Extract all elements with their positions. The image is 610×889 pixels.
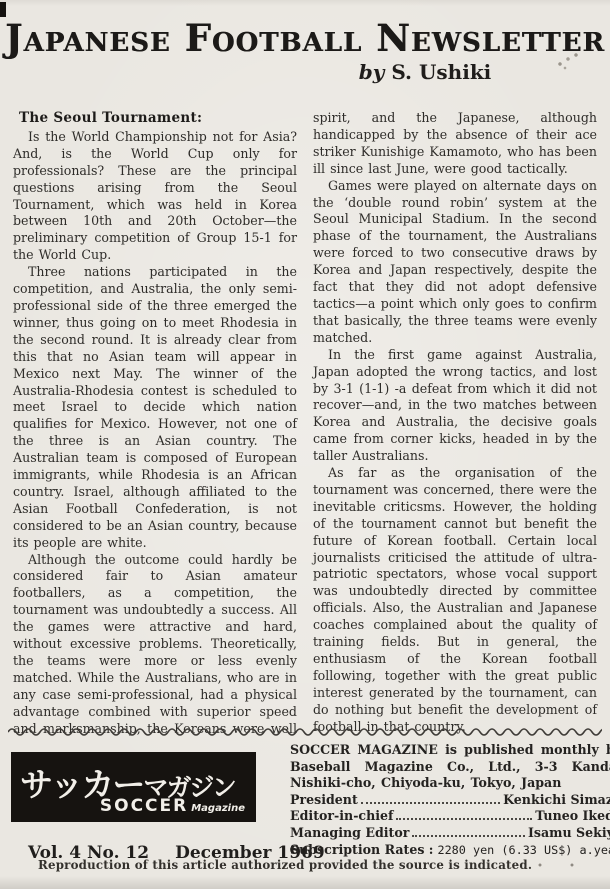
paragraph: Three nations participated in the compet… [13,264,297,551]
masthead: Japanese Football Newsletter byS. Ushiki [0,0,610,84]
dotted-leader [396,818,532,820]
role-label: Editor-in-chief [290,808,393,825]
author-name: S. Ushiki [391,60,491,84]
byline: byS. Ushiki [0,60,610,84]
scan-edge-shadow [0,876,610,889]
byline-prefix: by [359,60,385,84]
reproduction-note: Reproduction of this article authorized … [38,858,578,872]
paragraph: spirit, and the Japanese, although handi… [313,110,597,178]
publisher-role-row: Editor-in-chief Tuneo Ikeda [290,808,610,825]
dotted-leader [361,802,500,804]
newsletter-page: Japanese Football Newsletter byS. Ushiki… [0,0,610,889]
wavy-divider [8,726,602,736]
soccer-magazine-logo: サッカーマガジン SOCCERMagazine [12,753,255,821]
subscription-label: Subscription Rates : [290,842,433,857]
paragraph: Is the World Championship not for Asia? … [13,129,297,264]
role-value: Isamu Sekiya [528,825,610,842]
newsletter-title: Japanese Football Newsletter [0,20,610,57]
logo-soccer-text: SOCCER [100,796,188,816]
left-column: The Seoul Tournament: Is the World Champ… [13,110,297,740]
right-column: spirit, and the Japanese, although handi… [313,110,597,740]
publisher-role-row: Managing Editor Isamu Sekiya [290,825,610,842]
wave-path [8,729,602,735]
publisher-role-row: President Kenkichi Simazu [290,792,610,809]
paragraph: Although the outcome could hardly be con… [13,552,297,740]
scan-smudge [552,50,586,72]
role-value: Tuneo Ikeda [535,808,610,825]
section-heading: The Seoul Tournament: [19,110,297,127]
role-value: Kenkichi Simazu [503,792,610,809]
article-body: The Seoul Tournament: Is the World Champ… [0,110,610,740]
dotted-leader [412,835,525,837]
scan-mark-top-left [0,2,6,17]
role-label: President [290,792,358,809]
logo-magazine-text: Magazine [191,803,245,814]
footer: サッカーマガジン SOCCERMagazine Vol. 4 No. 12Dec… [0,740,610,863]
paragraph: As far as the organisation of the tourna… [313,465,597,736]
footer-left: サッカーマガジン SOCCERMagazine Vol. 4 No. 12Dec… [12,740,290,863]
publisher-info: SOCCER MAGAZINE is published monthly by … [290,740,610,863]
paragraph: Games were played on alternate days on t… [313,178,597,347]
role-label: Managing Editor [290,825,409,842]
logo-latin: SOCCERMagazine [100,796,245,816]
paragraph: In the first game against Australia, Jap… [313,347,597,465]
subscription-line: Subscription Rates : 2280 yen (6.33 US$)… [290,842,610,859]
publisher-intro: SOCCER MAGAZINE is published monthly by … [290,742,610,792]
subscription-value: 2280 yen (6.33 US$) a.year [437,843,610,857]
